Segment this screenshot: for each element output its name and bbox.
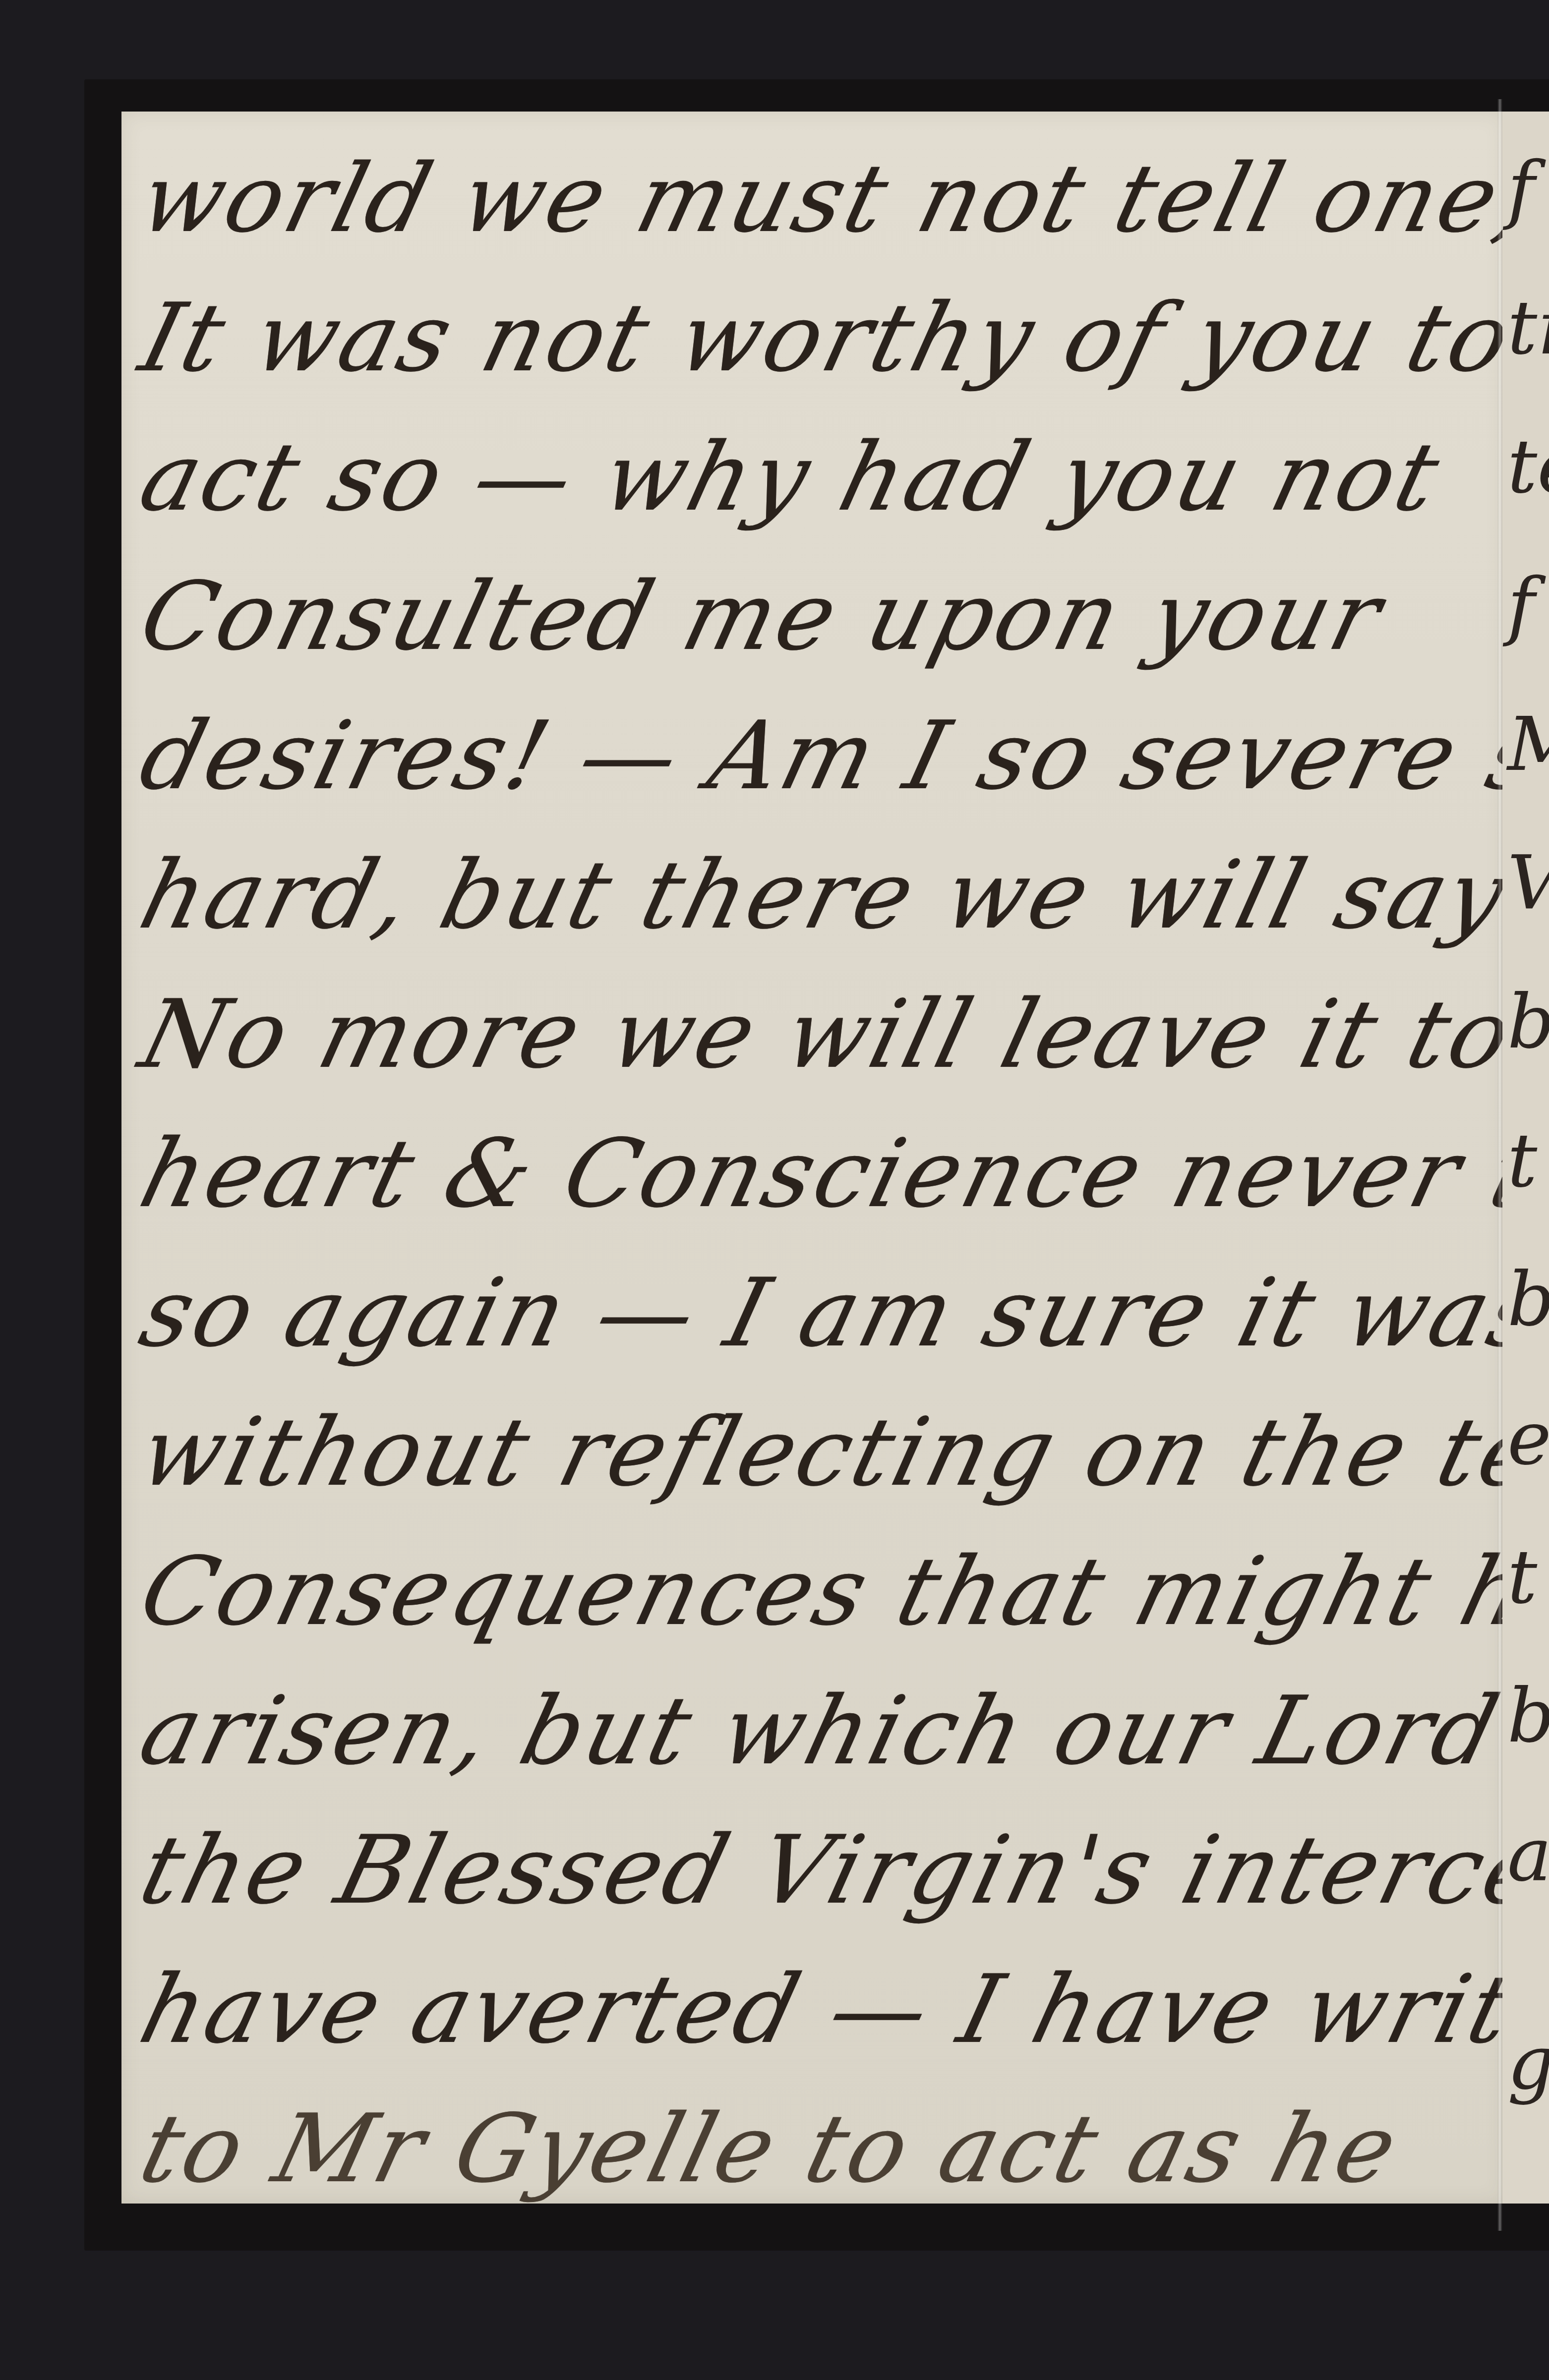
next-page-fragment: t — [1507, 1534, 1537, 1621]
next-page-fragment: b — [1507, 1673, 1549, 1759]
text-line: without reflecting on the terrible — [126, 1383, 1540, 1522]
next-page-fragment: M — [1507, 701, 1549, 788]
text-line: hard, but there we will say — [126, 825, 1540, 965]
next-page-fragment: b — [1507, 979, 1549, 1065]
next-page-fragment: te — [1507, 424, 1549, 510]
handwritten-text: world we must not tell one, It was not w… — [126, 129, 1505, 2218]
text-line: arisen, but which our Lord's goodness — [126, 1661, 1540, 1800]
text-line: the Blessed Virgin's intercession — [126, 1800, 1540, 1940]
next-page-fragment: a — [1507, 1812, 1549, 1898]
text-line: desires! — Am I so severe so — [126, 686, 1540, 825]
text-line: It was not worthy of you to — [126, 268, 1540, 407]
text-line: so again — I am sure it was done — [126, 1243, 1540, 1383]
page-fold-crease — [1497, 99, 1502, 2231]
next-page-fragment: tr — [1507, 285, 1549, 371]
next-page-fragment: V — [1507, 840, 1549, 927]
text-line: heart & Conscience never to act — [126, 1104, 1540, 1243]
next-page-fragment: g — [1507, 2020, 1549, 2106]
text-line: No more we will leave it to your — [126, 965, 1540, 1104]
next-page-fragment: t — [1507, 1118, 1537, 1204]
text-line: act so — why had you not — [126, 407, 1540, 547]
text-line: world we must not tell one, — [126, 129, 1540, 268]
text-line: have averted — I have written — [126, 1940, 1540, 2079]
text-line: Consequences that might have — [126, 1522, 1540, 1661]
next-page-fragment: f — [1507, 146, 1535, 232]
next-page-fragment: b — [1507, 1257, 1549, 1343]
next-page-fragment: f — [1507, 563, 1535, 649]
text-line: Consulted me upon your — [126, 547, 1540, 686]
next-page-edge: f tr te f M V b t b e t b a g — [1502, 112, 1549, 2204]
next-page-fragment: e — [1507, 1395, 1549, 1482]
text-line: to Mr Gyelle to act as he — [126, 2079, 1540, 2218]
